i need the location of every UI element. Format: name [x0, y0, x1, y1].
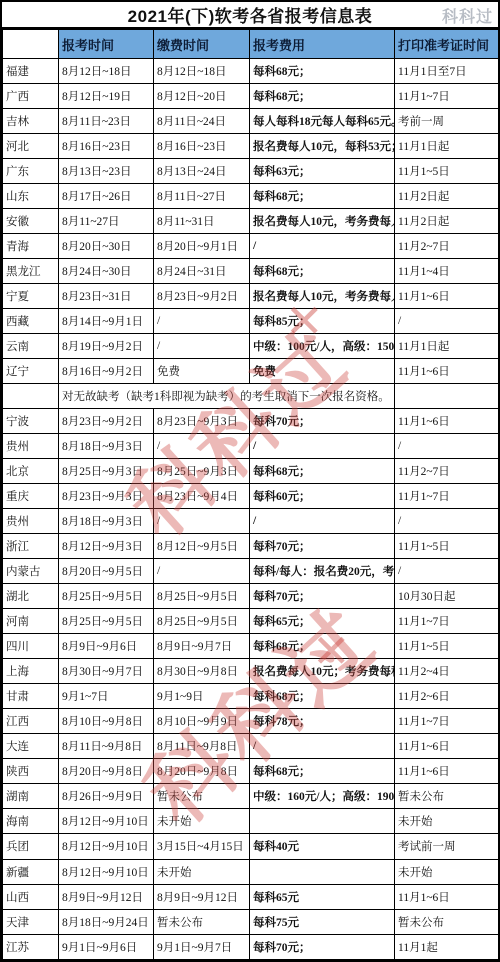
- pay-time-cell: 8月11日~24日: [154, 109, 250, 134]
- reg-time-cell: 8月12日~19日: [59, 84, 154, 109]
- table-body: 福建8月12日~18日8月12日~18日每科68元；11月1日至7日广西8月12…: [3, 59, 499, 960]
- table-row: 天津8月18日~9月24日暂未公布每科75元暂未公布: [3, 909, 499, 934]
- fee-cell: 报名费每人10元；考务费每科: [250, 659, 395, 684]
- province-cell: 北京: [3, 459, 59, 484]
- reg-time-cell: 8月23日~31日: [59, 284, 154, 309]
- province-cell: 福建: [3, 59, 59, 84]
- reg-time-cell: 8月25日~9月5日: [59, 609, 154, 634]
- fee-cell: [250, 859, 395, 884]
- print-time-cell: 11月1~6日: [395, 409, 499, 434]
- reg-time-cell: 8月24日~30日: [59, 259, 154, 284]
- province-cell: 山东: [3, 184, 59, 209]
- province-cell: 青海: [3, 234, 59, 259]
- province-cell: 天津: [3, 909, 59, 934]
- print-time-cell: 10月30日起: [395, 584, 499, 609]
- pay-time-cell: 免费: [154, 359, 250, 384]
- corner-watermark: 科科过: [442, 4, 493, 27]
- reg-time-cell: 8月13日~23日: [59, 159, 154, 184]
- print-time-cell: 11月1~6日: [395, 884, 499, 909]
- table-row: 湖北8月25日~9月5日8月25日~9月5日每科70元；10月30日起: [3, 584, 499, 609]
- table-row: 甘肃9月1~7日9月1~9日每科68元；11月2~6日: [3, 684, 499, 709]
- print-time-cell: 暂未公布: [395, 909, 499, 934]
- province-cell: 新疆: [3, 859, 59, 884]
- fee-cell: 每科68元；: [250, 759, 395, 784]
- pay-time-cell: 8月9日~9月7日: [154, 634, 250, 659]
- pay-time-cell: 8月23日~9月2日: [154, 284, 250, 309]
- province-cell: 内蒙古: [3, 559, 59, 584]
- pay-time-cell: 8月12日~9月5日: [154, 534, 250, 559]
- print-time-cell: 未开始: [395, 859, 499, 884]
- pay-time-cell: 8月20日~9月1日: [154, 234, 250, 259]
- reg-time-cell: 8月18日~9月24日: [59, 909, 154, 934]
- print-time-cell: 11月1~7日: [395, 84, 499, 109]
- print-time-cell: /: [395, 509, 499, 534]
- pay-time-cell: 9月1日~9月7日: [154, 934, 250, 959]
- province-cell: 西藏: [3, 309, 59, 334]
- fee-cell: 报名费每人10元，考务费每人: [250, 284, 395, 309]
- print-time-cell: 11月2日起: [395, 184, 499, 209]
- province-cell: 陕西: [3, 759, 59, 784]
- header-row: 报考时间 缴费时间 报考费用 打印准考证时间: [3, 30, 499, 59]
- province-cell: 贵州: [3, 509, 59, 534]
- print-time-cell: 11月1~6日: [395, 359, 499, 384]
- fee-cell: 报名费每人10元，考务费每人: [250, 209, 395, 234]
- print-time-cell: 11月1~6日: [395, 759, 499, 784]
- fee-cell: 每科65元: [250, 884, 395, 909]
- table-row: 吉林8月11日~23日8月11日~24日每人每科18元每人每科65元。考前一周: [3, 109, 499, 134]
- pay-time-cell: 8月11日~9月8日: [154, 734, 250, 759]
- pay-time-cell: 8月12日~20日: [154, 84, 250, 109]
- print-time-cell: /: [395, 559, 499, 584]
- pay-time-cell: 8月9日~9月12日: [154, 884, 250, 909]
- reg-time-cell: 8月25日~9月5日: [59, 584, 154, 609]
- province-cell: 四川: [3, 634, 59, 659]
- pay-time-cell: 8月12日~18日: [154, 59, 250, 84]
- page-title: 2021年(下)软考各省报考信息表: [128, 2, 373, 27]
- pay-time-cell: 8月20日~9月8日: [154, 759, 250, 784]
- province-cell: 江西: [3, 709, 59, 734]
- print-time-cell: 11月1日起: [395, 134, 499, 159]
- province-cell: 贵州: [3, 434, 59, 459]
- reg-time-cell: 8月20日~30日: [59, 234, 154, 259]
- reg-time-cell: 8月10日~9月8日: [59, 709, 154, 734]
- reg-time-cell: 8月12日~9月10日: [59, 809, 154, 834]
- print-time-cell: /: [395, 309, 499, 334]
- table-row: 山西8月9日~9月12日8月9日~9月12日每科65元11月1~6日: [3, 884, 499, 909]
- reg-time-cell: 8月12日~9月3日: [59, 534, 154, 559]
- pay-time-cell: 8月11~31日: [154, 209, 250, 234]
- reg-time-cell: 9月1~7日: [59, 684, 154, 709]
- table-row: 辽宁8月16日~9月2日免费免费11月1~6日: [3, 359, 499, 384]
- reg-time-cell: 8月11日~9月8日: [59, 734, 154, 759]
- table-row: 广西8月12日~19日8月12日~20日每科68元；11月1~7日: [3, 84, 499, 109]
- reg-time-cell: 8月12日~9月10日: [59, 859, 154, 884]
- fee-cell: 每科85元；: [250, 309, 395, 334]
- pay-time-cell: 8月11日~27日: [154, 184, 250, 209]
- fee-cell: 每科70元；: [250, 934, 395, 959]
- reg-time-cell: 8月18日~9月3日: [59, 434, 154, 459]
- table-row: 内蒙古8月20日~9月5日/每科/每人：报名费20元，考务费/: [3, 559, 499, 584]
- reg-time-cell: 8月16日~9月2日: [59, 359, 154, 384]
- table-row: 大连8月11日~9月8日8月11日~9月8日/11月1~6日: [3, 734, 499, 759]
- print-time-cell: 11月1~6日: [395, 284, 499, 309]
- pay-time-cell: 8月25日~9月3日: [154, 459, 250, 484]
- table-header: 报考时间 缴费时间 报考费用 打印准考证时间: [3, 30, 499, 59]
- fee-cell: 每科/每人：报名费20元，考务费: [250, 559, 395, 584]
- reg-time-cell: 8月23日~9月3日: [59, 484, 154, 509]
- reg-time-cell: 8月11~27日: [59, 209, 154, 234]
- fee-cell: /: [250, 734, 395, 759]
- pay-time-cell: /: [154, 559, 250, 584]
- table-row: 河南8月25日~9月5日8月25日~9月5日每科65元；11月1~7日: [3, 609, 499, 634]
- pay-time-cell: 8月23日~9月3日: [154, 409, 250, 434]
- table-row: 兵团8月12日~9月10日3月15日~4月15日每科40元考试前一周: [3, 834, 499, 859]
- reg-time-cell: 8月12日~9月10日: [59, 834, 154, 859]
- table-row: 西藏8月14日~9月1日/每科85元；/: [3, 309, 499, 334]
- print-time-cell: 11月1~6日: [395, 734, 499, 759]
- table-row: 贵州8月18日~9月3日///: [3, 434, 499, 459]
- reg-time-cell: 9月1日~9月6日: [59, 934, 154, 959]
- table-row: 河北8月16日~23日8月16日~23日报名费每人10元，每科53元；11月1日…: [3, 134, 499, 159]
- reg-time-cell: 8月25日~9月3日: [59, 459, 154, 484]
- title-row: 2021年(下)软考各省报考信息表 科科过: [2, 2, 498, 29]
- header-pay-time: 缴费时间: [154, 30, 250, 59]
- fee-cell: 每科75元: [250, 909, 395, 934]
- province-cell: [3, 384, 59, 409]
- print-time-cell: 考前一周: [395, 109, 499, 134]
- fee-cell: 中级：100元/人，高级：150元: [250, 334, 395, 359]
- province-cell: 甘肃: [3, 684, 59, 709]
- fee-cell: 每科68元；: [250, 84, 395, 109]
- print-time-cell: 11月1~7日: [395, 484, 499, 509]
- pay-time-cell: /: [154, 509, 250, 534]
- table-row: 广东8月13日~23日8月13日~24日每科63元；11月1~5日: [3, 159, 499, 184]
- fee-cell: 每科78元；: [250, 709, 395, 734]
- note-cell: 对无故缺考（缺考1科即视为缺考）的考生取消下一次报名资格。: [59, 384, 395, 409]
- pay-time-cell: 8月10日~9月9日: [154, 709, 250, 734]
- pay-time-cell: 9月1~9日: [154, 684, 250, 709]
- province-cell: 湖北: [3, 584, 59, 609]
- province-cell: 浙江: [3, 534, 59, 559]
- print-time-cell: 11月2日起: [395, 209, 499, 234]
- province-cell: 宁夏: [3, 284, 59, 309]
- fee-cell: 每科63元；: [250, 159, 395, 184]
- reg-time-cell: 8月26日~9月9日: [59, 784, 154, 809]
- province-cell: 海南: [3, 809, 59, 834]
- table-row: 安徽8月11~27日8月11~31日报名费每人10元，考务费每人11月2日起: [3, 209, 499, 234]
- table-row: 贵州8月18日~9月3日///: [3, 509, 499, 534]
- print-time-cell: 考试前一周: [395, 834, 499, 859]
- print-time-cell: 11月1~5日: [395, 534, 499, 559]
- table-row: 四川8月9日~9月6日8月9日~9月7日每科68元；11月1~5日: [3, 634, 499, 659]
- fee-cell: 每人每科18元每人每科65元。: [250, 109, 395, 134]
- pay-time-cell: 8月30日~9月8日: [154, 659, 250, 684]
- province-cell: 广东: [3, 159, 59, 184]
- province-cell: 山西: [3, 884, 59, 909]
- header-province: [3, 30, 59, 59]
- header-fee: 报考费用: [250, 30, 395, 59]
- pay-time-cell: 8月24日~31日: [154, 259, 250, 284]
- province-cell: 河南: [3, 609, 59, 634]
- fee-cell: 每科68元；: [250, 259, 395, 284]
- province-cell: 宁波: [3, 409, 59, 434]
- table-row: 云南8月19日~9月2日/中级：100元/人，高级：150元11月1日起: [3, 334, 499, 359]
- reg-time-cell: 8月19日~9月2日: [59, 334, 154, 359]
- province-cell: 吉林: [3, 109, 59, 134]
- fee-cell: /: [250, 509, 395, 534]
- print-time-cell: 11月1~7日: [395, 709, 499, 734]
- province-cell: 黑龙江: [3, 259, 59, 284]
- print-time-cell: 11月2~6日: [395, 684, 499, 709]
- table-row: 黑龙江8月24日~30日8月24日~31日每科68元；11月1~4日: [3, 259, 499, 284]
- fee-cell: 免费: [250, 359, 395, 384]
- print-time-cell: [395, 384, 499, 409]
- fee-cell: 报名费每人10元，每科53元；: [250, 134, 395, 159]
- pay-time-cell: 未开始: [154, 859, 250, 884]
- province-cell: 广西: [3, 84, 59, 109]
- pay-time-cell: 8月25日~9月5日: [154, 609, 250, 634]
- fee-cell: 每科60元；: [250, 484, 395, 509]
- reg-time-cell: 8月9日~9月12日: [59, 884, 154, 909]
- table-row: 陕西8月20日~9月8日8月20日~9月8日每科68元；11月1~6日: [3, 759, 499, 784]
- table-row: 湖南8月26日~9月9日暂未公布中级：160元/人；高级：190元暂未公布: [3, 784, 499, 809]
- reg-time-cell: 8月20日~9月8日: [59, 759, 154, 784]
- table-row: 江苏9月1日~9月6日9月1日~9月7日每科70元；11月1起: [3, 934, 499, 959]
- print-time-cell: 11月1~5日: [395, 634, 499, 659]
- table-row: 上海8月30日~9月7日8月30日~9月8日报名费每人10元；考务费每科11月2…: [3, 659, 499, 684]
- print-time-cell: 11月2~7日: [395, 459, 499, 484]
- header-reg-time: 报考时间: [59, 30, 154, 59]
- pay-time-cell: 8月23日~9月4日: [154, 484, 250, 509]
- print-time-cell: 11月1日至7日: [395, 59, 499, 84]
- province-cell: 上海: [3, 659, 59, 684]
- fee-cell: 每科68元；: [250, 634, 395, 659]
- reg-time-cell: 8月14日~9月1日: [59, 309, 154, 334]
- fee-cell: 每科68元；: [250, 459, 395, 484]
- table-row: 海南8月12日~9月10日未开始未开始: [3, 809, 499, 834]
- reg-time-cell: 8月20日~9月5日: [59, 559, 154, 584]
- fee-cell: 每科68元；: [250, 59, 395, 84]
- pay-time-cell: /: [154, 309, 250, 334]
- pay-time-cell: 暂未公布: [154, 784, 250, 809]
- table-row: 山东8月17日~26日8月11日~27日每科68元；11月2日起: [3, 184, 499, 209]
- pay-time-cell: 8月25日~9月5日: [154, 584, 250, 609]
- fee-cell: /: [250, 434, 395, 459]
- exam-info-table: 报考时间 缴费时间 报考费用 打印准考证时间 福建8月12日~18日8月12日~…: [2, 29, 499, 960]
- table-row: 青海8月20日~30日8月20日~9月1日/11月2~7日: [3, 234, 499, 259]
- fee-cell: 每科70元；: [250, 409, 395, 434]
- fee-cell: 每科70元；: [250, 534, 395, 559]
- province-cell: 云南: [3, 334, 59, 359]
- print-time-cell: 11月2~7日: [395, 234, 499, 259]
- fee-cell: 每科40元: [250, 834, 395, 859]
- table-row: 宁夏8月23日~31日8月23日~9月2日报名费每人10元，考务费每人11月1~…: [3, 284, 499, 309]
- header-print-time: 打印准考证时间: [395, 30, 499, 59]
- province-cell: 湖南: [3, 784, 59, 809]
- print-time-cell: 11月1日起: [395, 334, 499, 359]
- fee-cell: 每科70元；: [250, 584, 395, 609]
- fee-cell: 每科68元；: [250, 184, 395, 209]
- info-table-sheet: 2021年(下)软考各省报考信息表 科科过 报考时间 缴费时间 报考费用 打印准…: [0, 0, 500, 962]
- table-row: 重庆8月23日~9月3日8月23日~9月4日每科60元；11月1~7日: [3, 484, 499, 509]
- province-cell: 大连: [3, 734, 59, 759]
- print-time-cell: 11月2~4日: [395, 659, 499, 684]
- fee-cell: 每科68元；: [250, 684, 395, 709]
- fee-cell: 每科65元；: [250, 609, 395, 634]
- pay-time-cell: 8月13日~24日: [154, 159, 250, 184]
- province-cell: 安徽: [3, 209, 59, 234]
- print-time-cell: 11月1~4日: [395, 259, 499, 284]
- print-time-cell: 11月1起: [395, 934, 499, 959]
- reg-time-cell: 8月23日~9月2日: [59, 409, 154, 434]
- reg-time-cell: 8月30日~9月7日: [59, 659, 154, 684]
- fee-cell: 中级：160元/人；高级：190元: [250, 784, 395, 809]
- note-row: 对无故缺考（缺考1科即视为缺考）的考生取消下一次报名资格。: [3, 384, 499, 409]
- province-cell: 河北: [3, 134, 59, 159]
- reg-time-cell: 8月18日~9月3日: [59, 509, 154, 534]
- table-row: 宁波8月23日~9月2日8月23日~9月3日每科70元；11月1~6日: [3, 409, 499, 434]
- table-row: 浙江8月12日~9月3日8月12日~9月5日每科70元；11月1~5日: [3, 534, 499, 559]
- province-cell: 辽宁: [3, 359, 59, 384]
- print-time-cell: 未开始: [395, 809, 499, 834]
- reg-time-cell: 8月17日~26日: [59, 184, 154, 209]
- fee-cell: /: [250, 234, 395, 259]
- pay-time-cell: 暂未公布: [154, 909, 250, 934]
- pay-time-cell: 3月15日~4月15日: [154, 834, 250, 859]
- province-cell: 江苏: [3, 934, 59, 959]
- fee-cell: [250, 809, 395, 834]
- table-row: 福建8月12日~18日8月12日~18日每科68元；11月1日至7日: [3, 59, 499, 84]
- print-time-cell: 暂未公布: [395, 784, 499, 809]
- pay-time-cell: /: [154, 434, 250, 459]
- pay-time-cell: 未开始: [154, 809, 250, 834]
- reg-time-cell: 8月9日~9月6日: [59, 634, 154, 659]
- province-cell: 重庆: [3, 484, 59, 509]
- reg-time-cell: 8月11日~23日: [59, 109, 154, 134]
- pay-time-cell: /: [154, 334, 250, 359]
- table-row: 北京8月25日~9月3日8月25日~9月3日每科68元；11月2~7日: [3, 459, 499, 484]
- print-time-cell: 11月1~7日: [395, 609, 499, 634]
- table-row: 江西8月10日~9月8日8月10日~9月9日每科78元；11月1~7日: [3, 709, 499, 734]
- reg-time-cell: 8月16日~23日: [59, 134, 154, 159]
- table-row: 新疆8月12日~9月10日未开始未开始: [3, 859, 499, 884]
- pay-time-cell: 8月16日~23日: [154, 134, 250, 159]
- province-cell: 兵团: [3, 834, 59, 859]
- print-time-cell: /: [395, 434, 499, 459]
- reg-time-cell: 8月12日~18日: [59, 59, 154, 84]
- print-time-cell: 11月1~5日: [395, 159, 499, 184]
